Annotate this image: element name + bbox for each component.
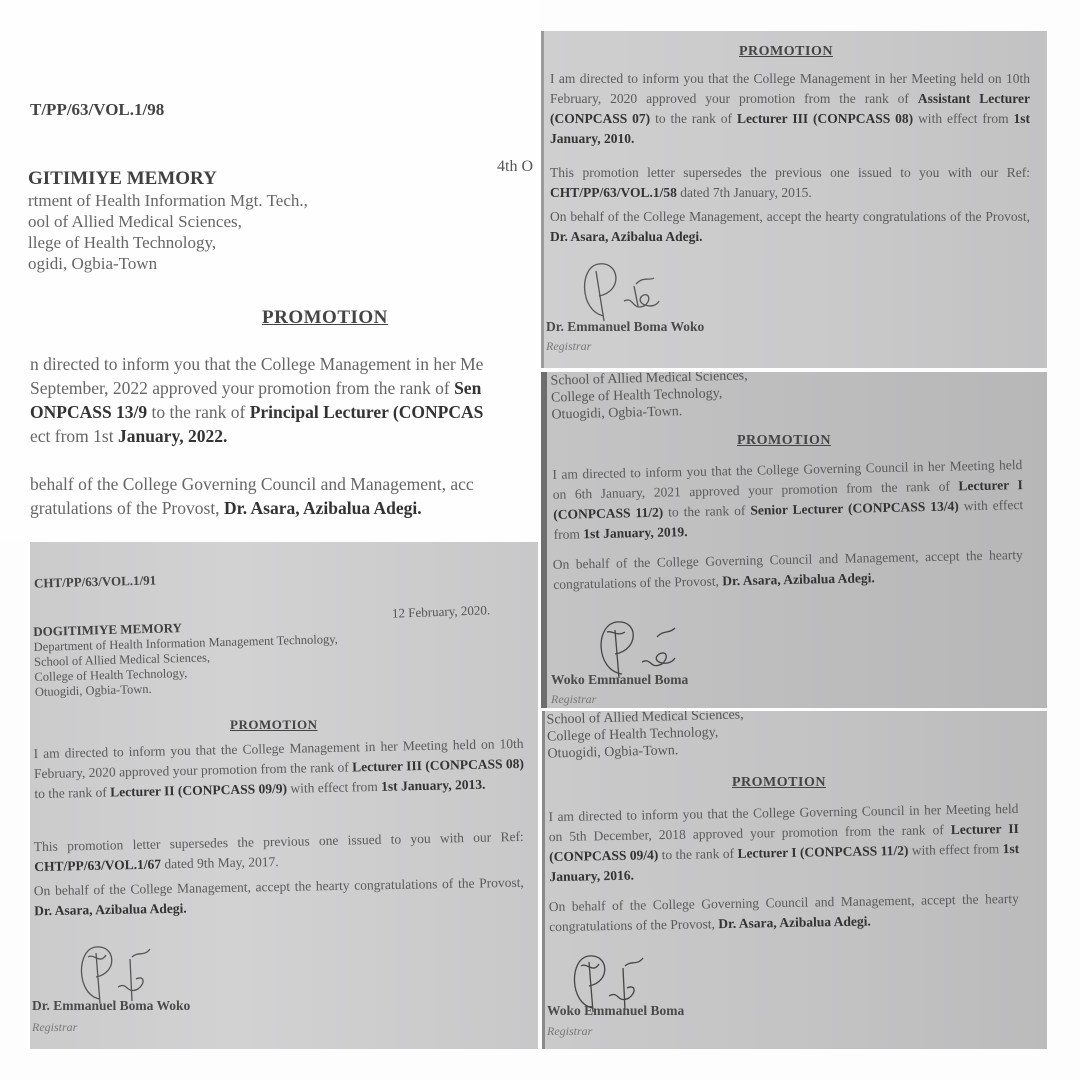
closing-paragraph: On behalf of the College Governing Counc…	[553, 545, 1024, 595]
to-rank: Lecturer I (CONPCASS 11/2)	[737, 843, 908, 861]
effective-date: January, 2022.	[118, 426, 227, 446]
from-rank: Sen	[454, 378, 481, 398]
signer-role: Registrar	[32, 1020, 77, 1035]
to-rank: Principal Lecturer (CONPCAS	[250, 402, 484, 422]
signer-name: Woko Emmanuel Boma	[551, 672, 688, 688]
reference-number: T/PP/63/VOL.1/98	[30, 100, 164, 120]
address-block: School of Allied Medical Sciences, Colle…	[550, 372, 748, 424]
address-block: School of Allied Medical Sciences, Colle…	[546, 711, 744, 763]
closing-paragraph: behalf of the College Governing Council …	[30, 472, 540, 520]
previous-ref: CHT/PP/63/VOL.1/58	[550, 185, 677, 200]
signer-name: Dr. Emmanuel Boma Woko	[32, 998, 190, 1014]
effective-date: 1st January, 2019.	[583, 524, 688, 541]
from-rank: Lecturer III (CONPCASS 08)	[352, 756, 524, 775]
address-line: ool of Allied Medical Sciences,	[28, 211, 308, 232]
to-rank: Lecturer III (CONPCASS 08)	[737, 111, 913, 126]
recipient-block: GITIMIYE MEMORY rtment of Health Informa…	[28, 168, 308, 274]
closing-paragraph: On behalf of the College Governing Counc…	[549, 889, 1020, 937]
letter-title: PROMOTION	[737, 433, 831, 449]
closing-paragraph: On behalf of the College Management, acc…	[550, 207, 1030, 247]
signer-name: Dr. Emmanuel Boma Woko	[546, 319, 704, 335]
provost-name: Dr. Asara, Azibalua Adegi.	[550, 229, 703, 244]
supersede-paragraph: This promotion letter supersedes the pre…	[550, 163, 1030, 203]
letter-date: 4th O	[497, 158, 533, 176]
address-line: rtment of Health Information Mgt. Tech.,	[28, 190, 308, 211]
letter-title: PROMOTION	[739, 44, 833, 60]
to-rank: Lecturer II (CONPCASS 09/9)	[110, 781, 287, 800]
body-paragraph: I am directed to inform you that the Col…	[548, 799, 1019, 887]
reference-number: CHT/PP/63/VOL.1/91	[34, 572, 157, 591]
letter-principal-lecturer-2022: T/PP/63/VOL.1/98 4th O GITIMIYE MEMORY r…	[0, 0, 540, 540]
letter-date: 12 February, 2020.	[392, 602, 491, 621]
signature-icon	[70, 937, 170, 1007]
body-paragraph: I am directed to inform you that the Col…	[550, 69, 1030, 149]
address-line: ogidi, Ogbia-Town	[28, 253, 308, 274]
signer-role: Registrar	[551, 692, 596, 707]
letter-lecturer-i-2016: School of Allied Medical Sciences, Colle…	[542, 711, 1047, 1049]
letter-title: PROMOTION	[732, 775, 826, 791]
letter-title: PROMOTION	[230, 717, 318, 733]
provost-name: Dr. Asara, Azibalua Adegi.	[224, 498, 422, 518]
letter-senior-lecturer-2019: School of Allied Medical Sciences, Colle…	[541, 372, 1047, 708]
recipient-block: DOGITIMIYE MEMORY Department of Health I…	[33, 616, 339, 700]
closing-paragraph: On behalf of the College Management, acc…	[34, 873, 525, 922]
body-paragraph: I am directed to inform you that the Col…	[552, 455, 1024, 545]
provost-name: Dr. Asara, Azibalua Adegi.	[722, 570, 875, 588]
effective-date: 1st January, 2013.	[381, 777, 486, 794]
supersede-paragraph: This promotion letter supersedes the pre…	[34, 827, 525, 877]
signer-role: Registrar	[547, 1024, 592, 1039]
previous-ref: CHT/PP/63/VOL.1/67	[34, 856, 161, 874]
body-paragraph: n directed to inform you that the Colleg…	[30, 352, 540, 448]
to-rank: Senior Lecturer (CONPCASS 13/4)	[750, 498, 959, 517]
body-paragraph: I am directed to inform you that the Col…	[33, 734, 524, 804]
provost-name: Dr. Asara, Azibalua Adegi.	[34, 901, 187, 919]
signature-icon	[574, 256, 674, 326]
recipient-name: GITIMIYE MEMORY	[28, 168, 308, 190]
signer-role: Registrar	[546, 339, 591, 354]
address-line: llege of Health Technology,	[28, 232, 308, 253]
letter-lecturer-ii-2013: CHT/PP/63/VOL.1/91 12 February, 2020. DO…	[30, 542, 538, 1049]
letter-lecturer-iii-2010: PROMOTION I am directed to inform you th…	[541, 31, 1047, 368]
provost-name: Dr. Asara, Azibalua Adegi.	[718, 913, 871, 931]
signer-name: Woko Emmanuel Boma	[547, 1003, 684, 1019]
letter-title: PROMOTION	[262, 307, 388, 329]
